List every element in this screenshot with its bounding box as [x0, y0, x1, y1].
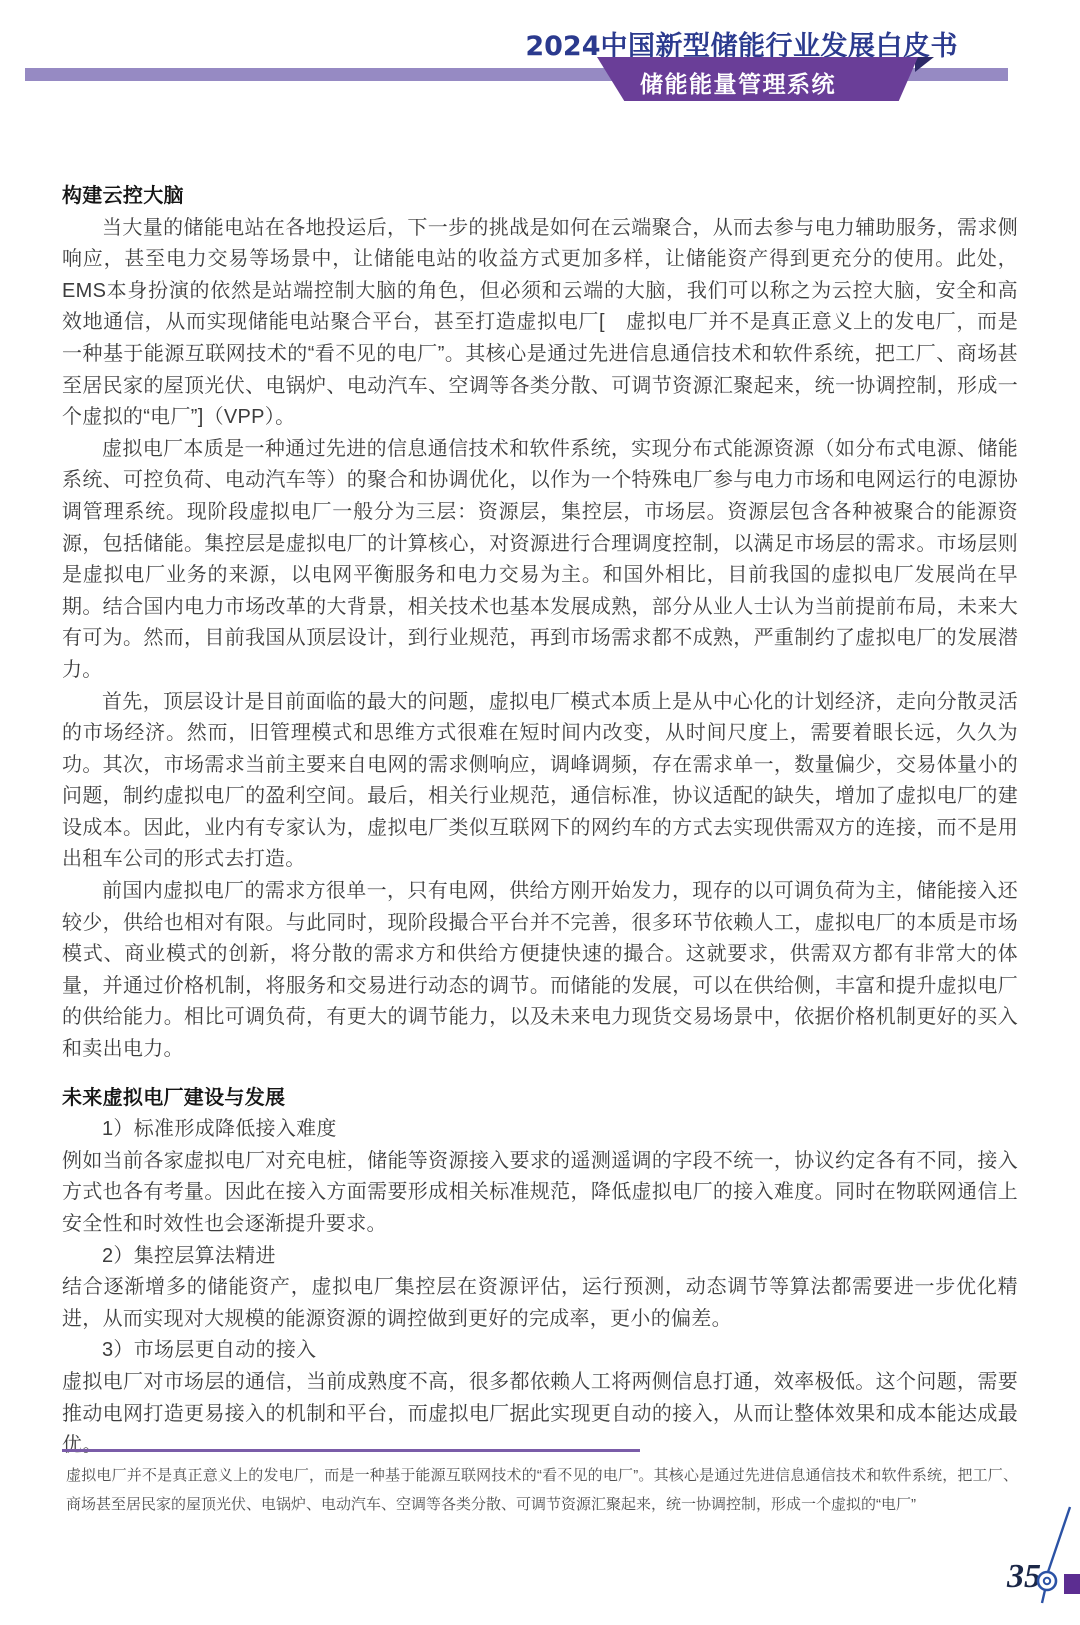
section2-heading: 未来虚拟电厂建设与发展	[62, 1083, 1018, 1115]
paragraph: 当大量的储能电站在各地投运后，下一步的挑战是如何在云端聚合，从而去参与电力辅助服…	[62, 213, 1018, 434]
list-item-label: 2）集控层算法精进	[62, 1241, 1018, 1273]
paragraph: 前国内虚拟电厂的需求方很单一，只有电网，供给方刚开始发力，现存的以可调负荷为主，…	[62, 876, 1018, 1066]
section-banner-label: 储能能量管理系统	[640, 66, 836, 99]
section1-heading: 构建云控大脑	[62, 181, 1018, 213]
paragraph: 结合逐渐增多的储能资产，虚拟电厂集控层在资源评估，运行预测，动态调节等算法都需要…	[62, 1272, 1018, 1335]
list-item-label: 3）市场层更自动的接入	[62, 1335, 1018, 1367]
map-pin-icon	[990, 1495, 1080, 1625]
corner-square-decoration	[1064, 1574, 1080, 1594]
paragraph: 例如当前各家虚拟电厂对充电桩，储能等资源接入要求的遥测遥调的字段不统一，协议约定…	[62, 1146, 1018, 1241]
footnote-separator	[62, 1449, 640, 1452]
paragraph: 首先，顶层设计是目前面临的最大的问题，虚拟电厂模式本质上是从中心化的计划经济，走…	[62, 687, 1018, 877]
document-body: 构建云控大脑 当大量的储能电站在各地投运后，下一步的挑战是如何在云端聚合，从而去…	[62, 181, 1018, 1462]
list-item-label: 1）标准形成降低接入难度	[62, 1114, 1018, 1146]
document-page: 2024中国新型储能行业发展白皮书 储能能量管理系统 构建云控大脑 当大量的储能…	[0, 0, 1080, 1625]
paragraph: 虚拟电厂对市场层的通信，当前成熟度不高，很多都依赖人工将两侧信息打通，效率极低。…	[62, 1367, 1018, 1462]
paragraph: 虚拟电厂本质是一种通过先进的信息通信技术和软件系统，实现分布式能源资源（如分布式…	[62, 434, 1018, 687]
title-text: 中国新型储能行业发展白皮书	[601, 31, 959, 61]
footnote-text: 虚拟电厂并不是真正意义上的发电厂，而是一种基于能源互联网技术的“看不见的电厂”。…	[66, 1461, 1018, 1519]
title-year: 2024	[525, 31, 600, 62]
